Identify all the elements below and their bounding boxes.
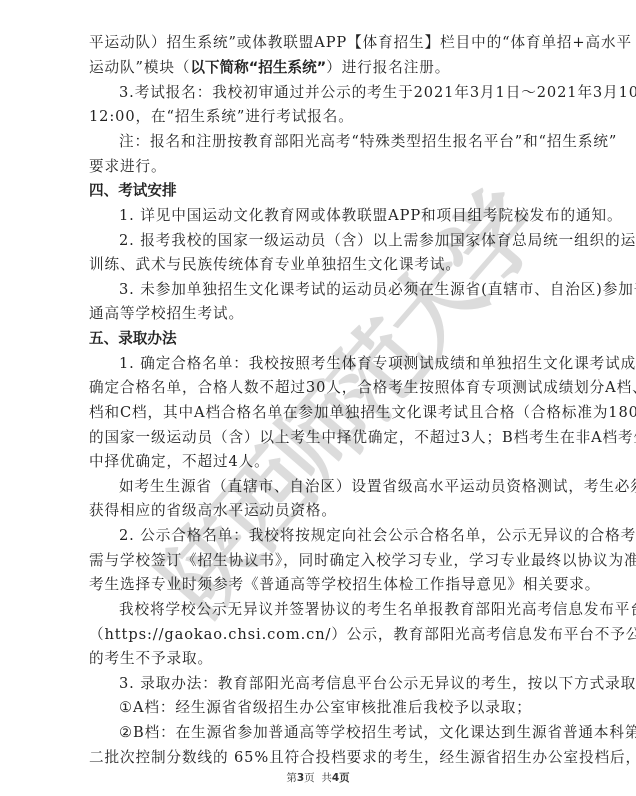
paragraph-line: 2. 报考我校的国家一级运动员（含）以上需参加国家体育总局统一组织的运动 bbox=[119, 231, 551, 251]
paragraph-line: 我校将学校公示无异议并签署协议的考生名单报教育部阳光高考信息发布平台 bbox=[119, 600, 551, 620]
paragraph-line: 3.考试报名：我校初审通过并公示的考生于2021年3月1日～2021年3月10日 bbox=[119, 83, 551, 103]
section-heading-exam-arrangement: 四、考试安排 bbox=[89, 181, 551, 201]
document-page: 陕西师范大学 平运动队）招生系统”或体教联盟APP【体育招生】栏目中的“体育单招… bbox=[0, 0, 636, 796]
paragraph-line: ①A档：经生源省省级招生办公室审核批准后我校予以录取； bbox=[119, 698, 551, 718]
paragraph-line: 中择优确定，不超过4人。 bbox=[89, 452, 551, 472]
paragraph-line: 3. 未参加单独招生文化课考试的运动员必须在生源省(直辖市、自治区)参加普 bbox=[119, 280, 551, 300]
paragraph-line: 如考生生源省（直辖市、自治区）设置省级高水平运动员资格测试，考生必须 bbox=[119, 477, 551, 497]
paragraph-line: 的考生不予录取。 bbox=[89, 649, 551, 669]
paragraph-line: 档和C档，其中A档合格名单在参加单独招生文化课考试且合格（合格标准为180分） bbox=[89, 403, 551, 423]
line-text: ）进行报名注册。 bbox=[326, 59, 450, 76]
paragraph-line: 通高等学校招生考试。 bbox=[89, 304, 551, 324]
paragraph-line: 需与学校签订《招生协议书》，同时确定入校学习专业，学习专业最终以协议为准， bbox=[89, 551, 551, 571]
line-text: 运动队”模块（ bbox=[89, 59, 190, 76]
paragraph-line: 运动队”模块（以下简称“招生系统”）进行报名注册。 bbox=[89, 58, 551, 78]
bold-abbreviation: 以下简称“招生系统” bbox=[190, 59, 326, 76]
paragraph-line: 1. 详见中国运动文化教育网或体教联盟APP和项目组考院校发布的通知。 bbox=[119, 206, 551, 226]
paragraph-line: 3. 录取办法：教育部阳光高考信息平台公示无异议的考生，按以下方式录取： bbox=[119, 674, 551, 694]
paragraph-line: 平运动队）招生系统”或体教联盟APP【体育招生】栏目中的“体育单招+高水平 bbox=[89, 33, 551, 53]
paragraph-line: 1. 确定合格名单：我校按照考生体育专项测试成绩和单独招生文化课考试成绩 bbox=[119, 354, 551, 374]
paragraph-line: 12:00，在“招生系统”进行考试报名。 bbox=[89, 107, 551, 127]
paragraph-line: 考生选择专业时须参考《普通高等学校招生体检工作指导意见》相关要求。 bbox=[89, 575, 551, 595]
paragraph-line: 训练、武术与民族传统体育专业单独招生文化课考试。 bbox=[89, 255, 551, 275]
paragraph-line: 注：报名和注册按教育部阳光高考“特殊类型招生报名平台”和“招生系统” bbox=[119, 132, 551, 152]
paragraph-line: 二批次控制分数线的 65%且符合投档要求的考生，经生源省招生办公室投档后，我 bbox=[89, 748, 551, 768]
paragraph-line: 获得相应的省级高水平运动员资格。 bbox=[89, 501, 551, 521]
paragraph-line: 要求进行。 bbox=[89, 157, 551, 177]
section-heading-admission-method: 五、录取办法 bbox=[89, 329, 551, 349]
paragraph-line-url: （https://gaokao.chsi.com.cn/）公示，教育部阳光高考信… bbox=[89, 625, 551, 645]
paragraph-line: 的国家一级运动员（含）以上考生中择优确定，不超过3人；B档考生在非A档考生 bbox=[89, 428, 551, 448]
paragraph-line: 2. 公示合格名单：我校将按规定向社会公示合格名单，公示无异议的合格考生 bbox=[119, 526, 551, 546]
paragraph-line: ②B档：在生源省参加普通高等学校招生考试，文化课达到生源省普通本科第 bbox=[119, 723, 551, 743]
paragraph-line: 确定合格名单，合格人数不超过30人，合格考生按照体育专项测试成绩划分A档、B bbox=[89, 378, 551, 398]
document-body: 平运动队）招生系统”或体教联盟APP【体育招生】栏目中的“体育单招+高水平 运动… bbox=[0, 0, 636, 796]
